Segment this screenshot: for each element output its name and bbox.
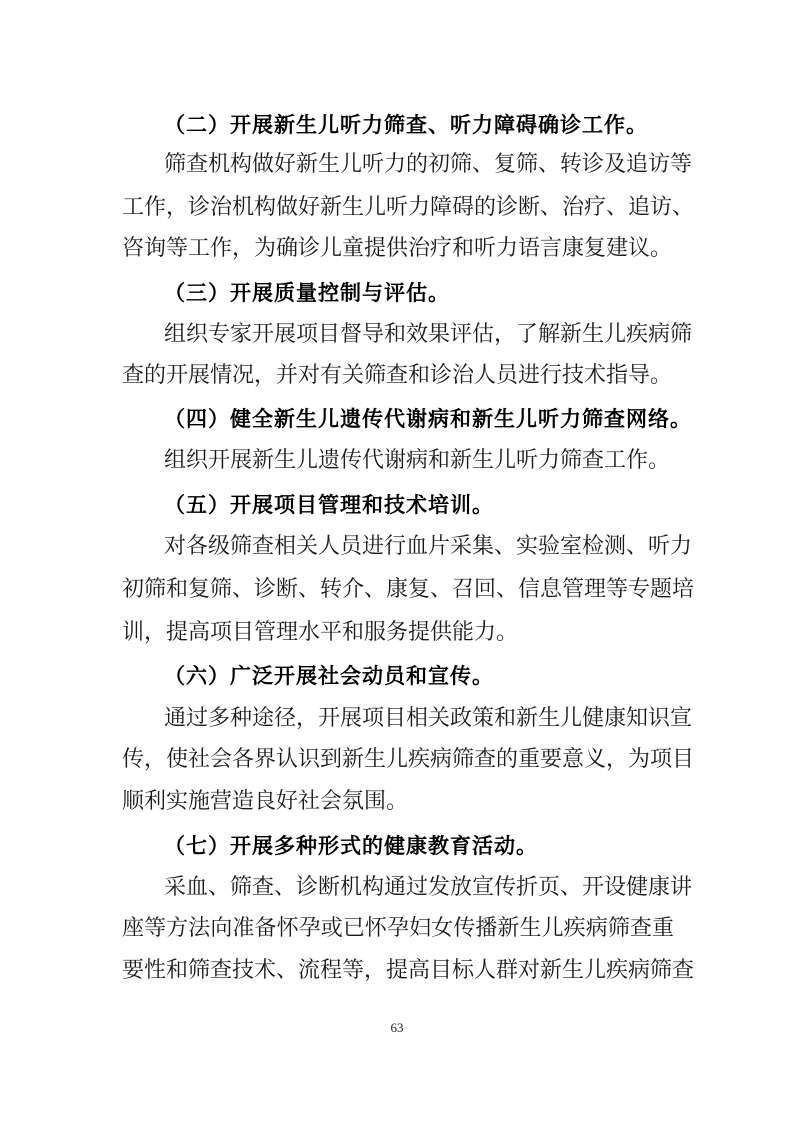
paragraph-line: 座等方法向准备怀孕或已怀孕妇女传播新生儿疾病筛查重 (122, 914, 674, 944)
paragraph-line: 组织开展新生儿遗传代谢病和新生儿听力筛查工作。 (164, 446, 674, 476)
section-heading-4: （四）健全新生儿遗传代谢病和新生儿听力筛查网络。 (164, 404, 692, 434)
paragraph-line: 咨询等工作，为确诊儿童提供治疗和听力语言康复建议。 (122, 234, 674, 264)
paragraph-line: 顺利实施营造良好社会氛围。 (122, 787, 674, 817)
paragraph-line: 初筛和复筛、诊断、转介、康复、召回、信息管理等专题培 (122, 575, 674, 605)
paragraph-line: 组织专家开展项目督导和效果评估，了解新生儿疾病筛 (164, 320, 674, 350)
paragraph-line: 查的开展情况，并对有关筛查和诊治人员进行技术指导。 (122, 361, 674, 391)
paragraph-line: 通过多种途径，开展项目相关政策和新生儿健康知识宣 (164, 704, 674, 734)
section-heading-3: （三）开展质量控制与评估。 (164, 278, 450, 308)
paragraph-line: 筛查机构做好新生儿听力的初筛、复筛、转诊及追访等 (164, 150, 674, 180)
section-heading-2: （二）开展新生儿听力筛查、听力障碍确诊工作。 (164, 110, 648, 140)
paragraph-line: 对各级筛查相关人员进行血片采集、实验室检测、听力 (164, 532, 674, 562)
page-number: 63 (0, 1020, 794, 1036)
section-heading-7: （七）开展多种形式的健康教育活动。 (164, 831, 538, 861)
paragraph-line: 传，使社会各界认识到新生儿疾病筛查的重要意义，为项目 (122, 745, 674, 775)
paragraph-line: 工作，诊治机构做好新生儿听力障碍的诊断、治疗、追访、 (122, 193, 674, 223)
section-heading-5: （五）开展项目管理和技术培训。 (164, 490, 494, 520)
document-page: （二）开展新生儿听力筛查、听力障碍确诊工作。 筛查机构做好新生儿听力的初筛、复筛… (0, 0, 794, 1122)
paragraph-line: 要性和筛查技术、流程等，提高目标人群对新生儿疾病筛查 (122, 956, 674, 986)
paragraph-line: 采血、筛查、诊断机构通过发放宣传折页、开设健康讲 (164, 873, 674, 903)
section-heading-6: （六）广泛开展社会动员和宣传。 (164, 661, 494, 691)
paragraph-line: 训，提高项目管理水平和服务提供能力。 (122, 618, 674, 648)
